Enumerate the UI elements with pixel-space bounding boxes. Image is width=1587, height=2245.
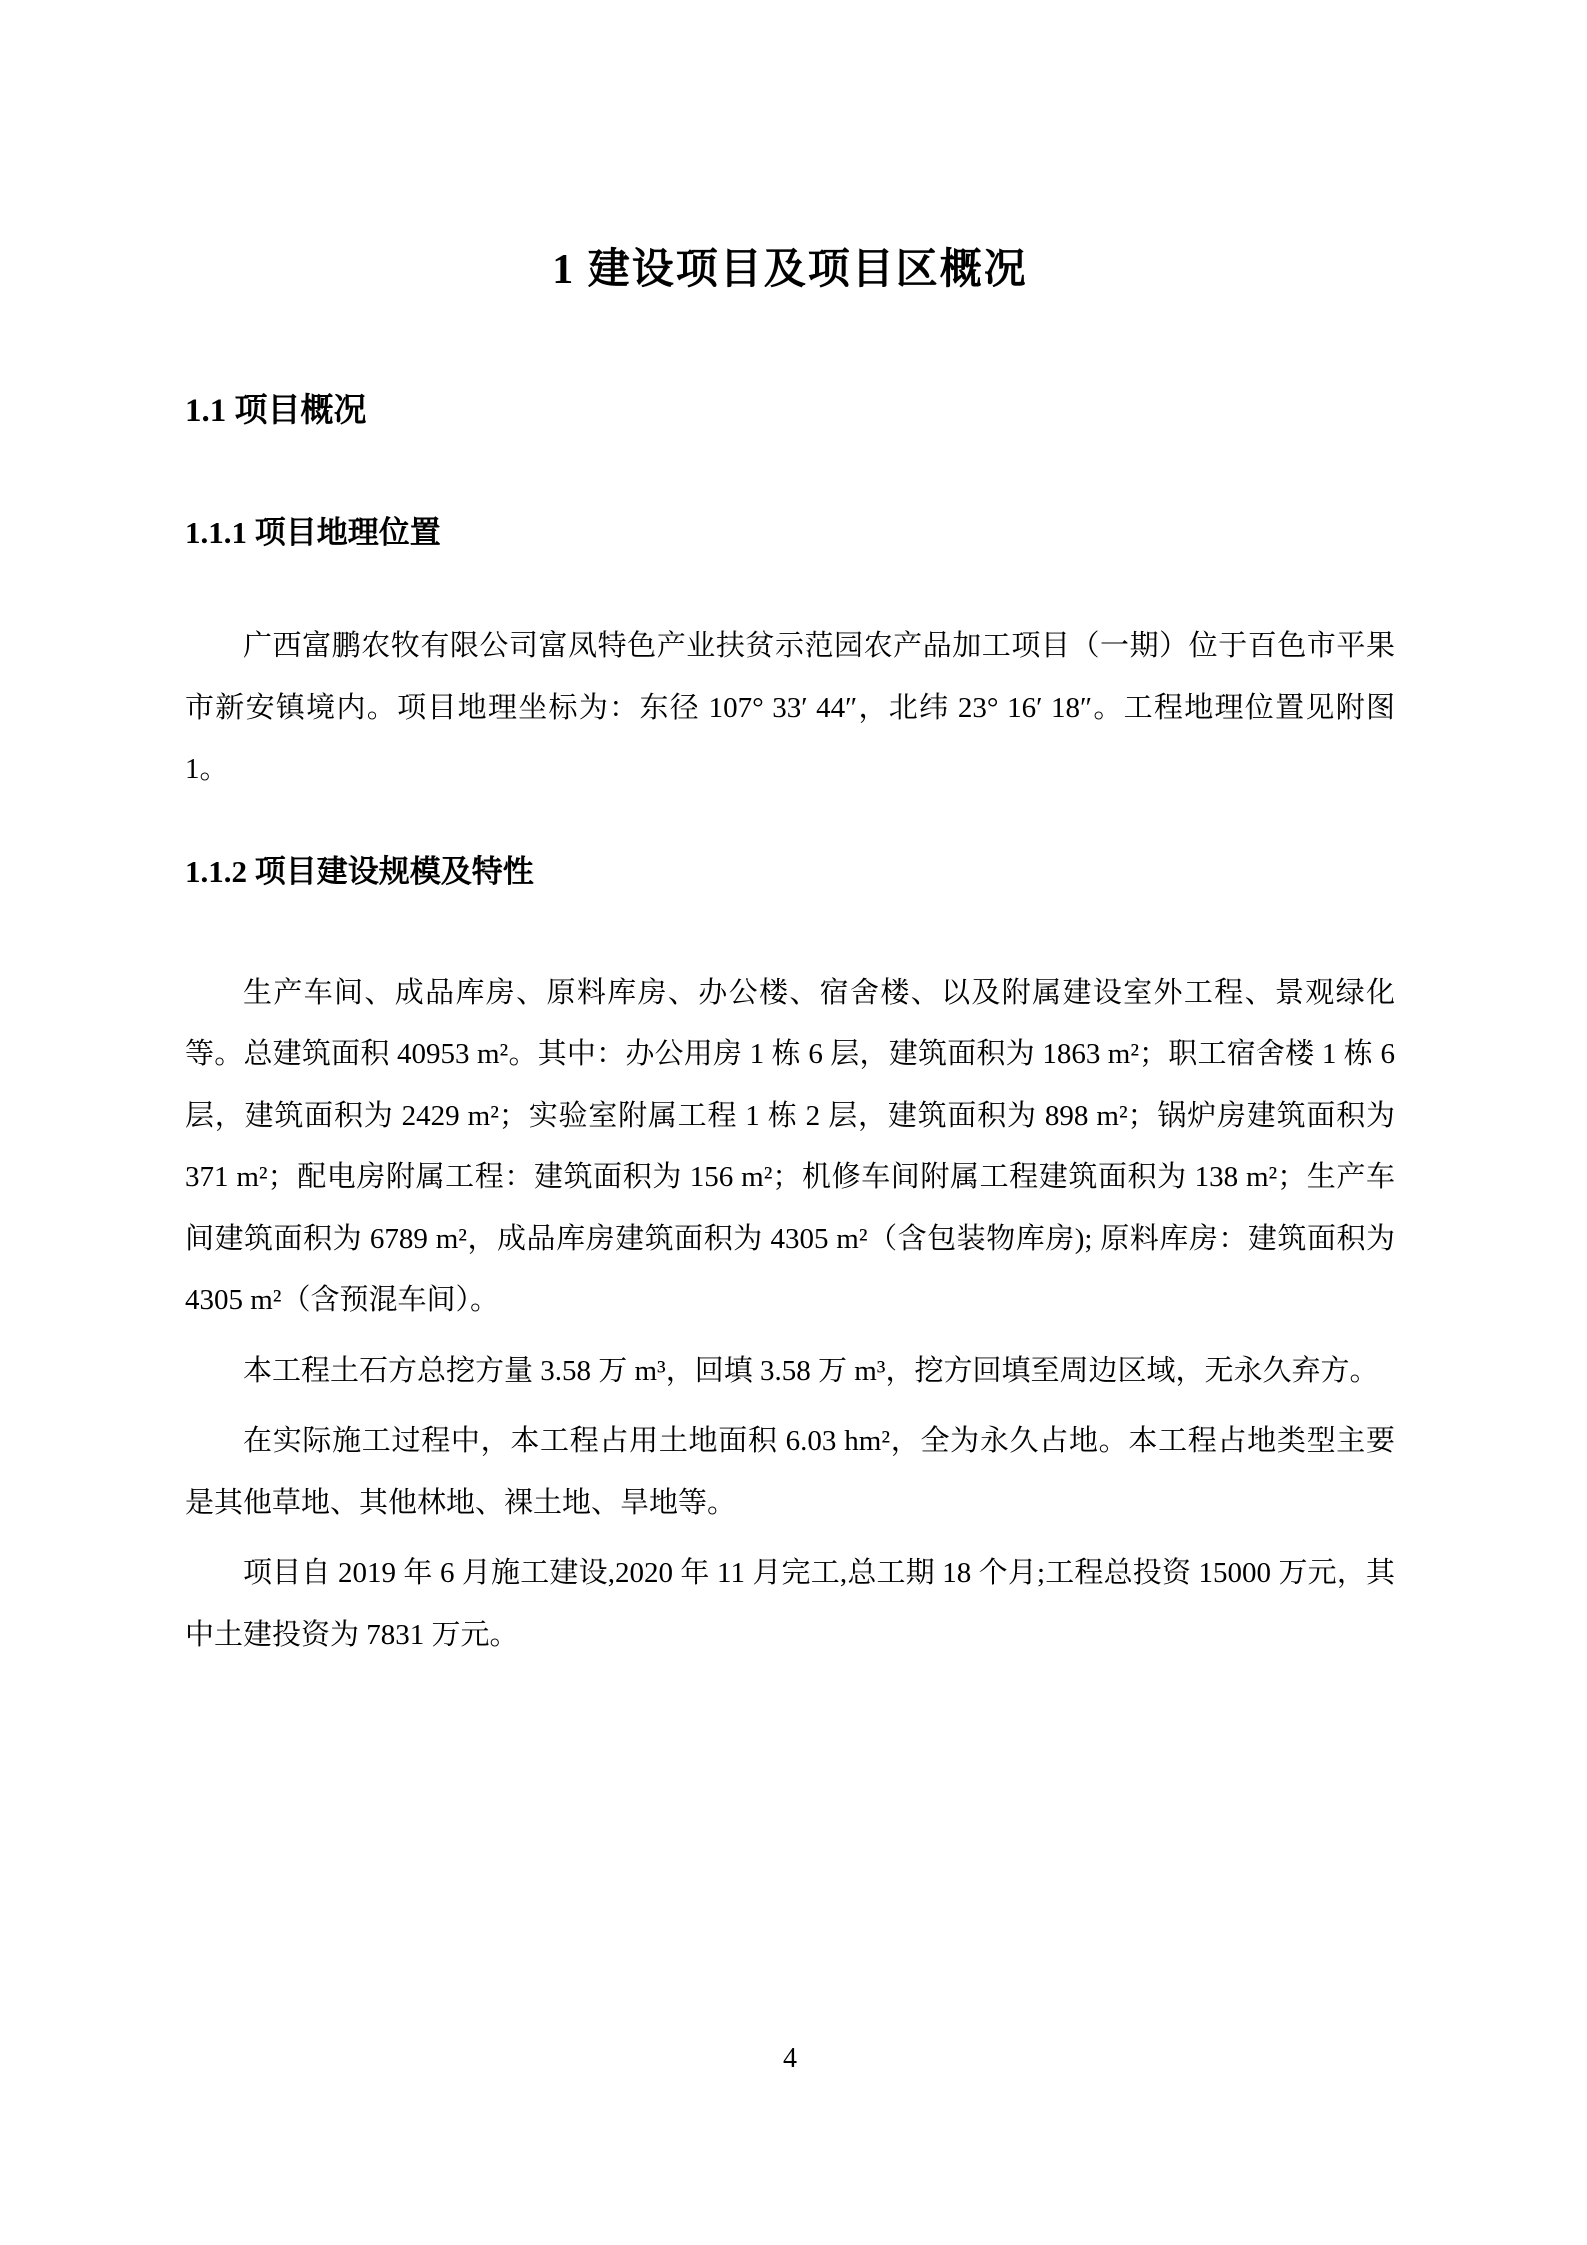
document-content: 1 建设项目及项目区概况 1.1 项目概况 1.1.1 项目地理位置 广西富鹏农… [185, 0, 1395, 1675]
section-heading-1-1-1: 1.1.1 项目地理位置 [185, 510, 1395, 556]
section-heading-1-1: 1.1 项目概况 [185, 388, 1395, 434]
paragraph-land-use: 在实际施工过程中，本工程占用土地面积 6.03 hm²，全为永久占地。本工程占地… [185, 1411, 1395, 1534]
paragraph-location: 广西富鹏农牧有限公司富凤特色产业扶贫示范园农产品加工项目（一期）位于百色市平果市… [185, 616, 1395, 801]
paragraph-schedule-investment: 项目自 2019 年 6 月施工建设,2020 年 11 月完工,总工期 18 … [185, 1543, 1395, 1666]
paragraph-scale: 生产车间、成品库房、原料库房、办公楼、宿舍楼、以及附属建设室外工程、景观绿化等。… [185, 963, 1395, 1332]
chapter-title: 1 建设项目及项目区概况 [185, 240, 1395, 300]
document-page: 1 建设项目及项目区概况 1.1 项目概况 1.1.1 项目地理位置 广西富鹏农… [0, 0, 1587, 2245]
section-heading-1-1-2: 1.1.2 项目建设规模及特性 [185, 849, 1395, 895]
paragraph-earthwork: 本工程土石方总挖方量 3.58 万 m³，回填 3.58 万 m³，挖方回填至周… [185, 1341, 1395, 1403]
page-number: 4 [185, 2042, 1395, 2076]
